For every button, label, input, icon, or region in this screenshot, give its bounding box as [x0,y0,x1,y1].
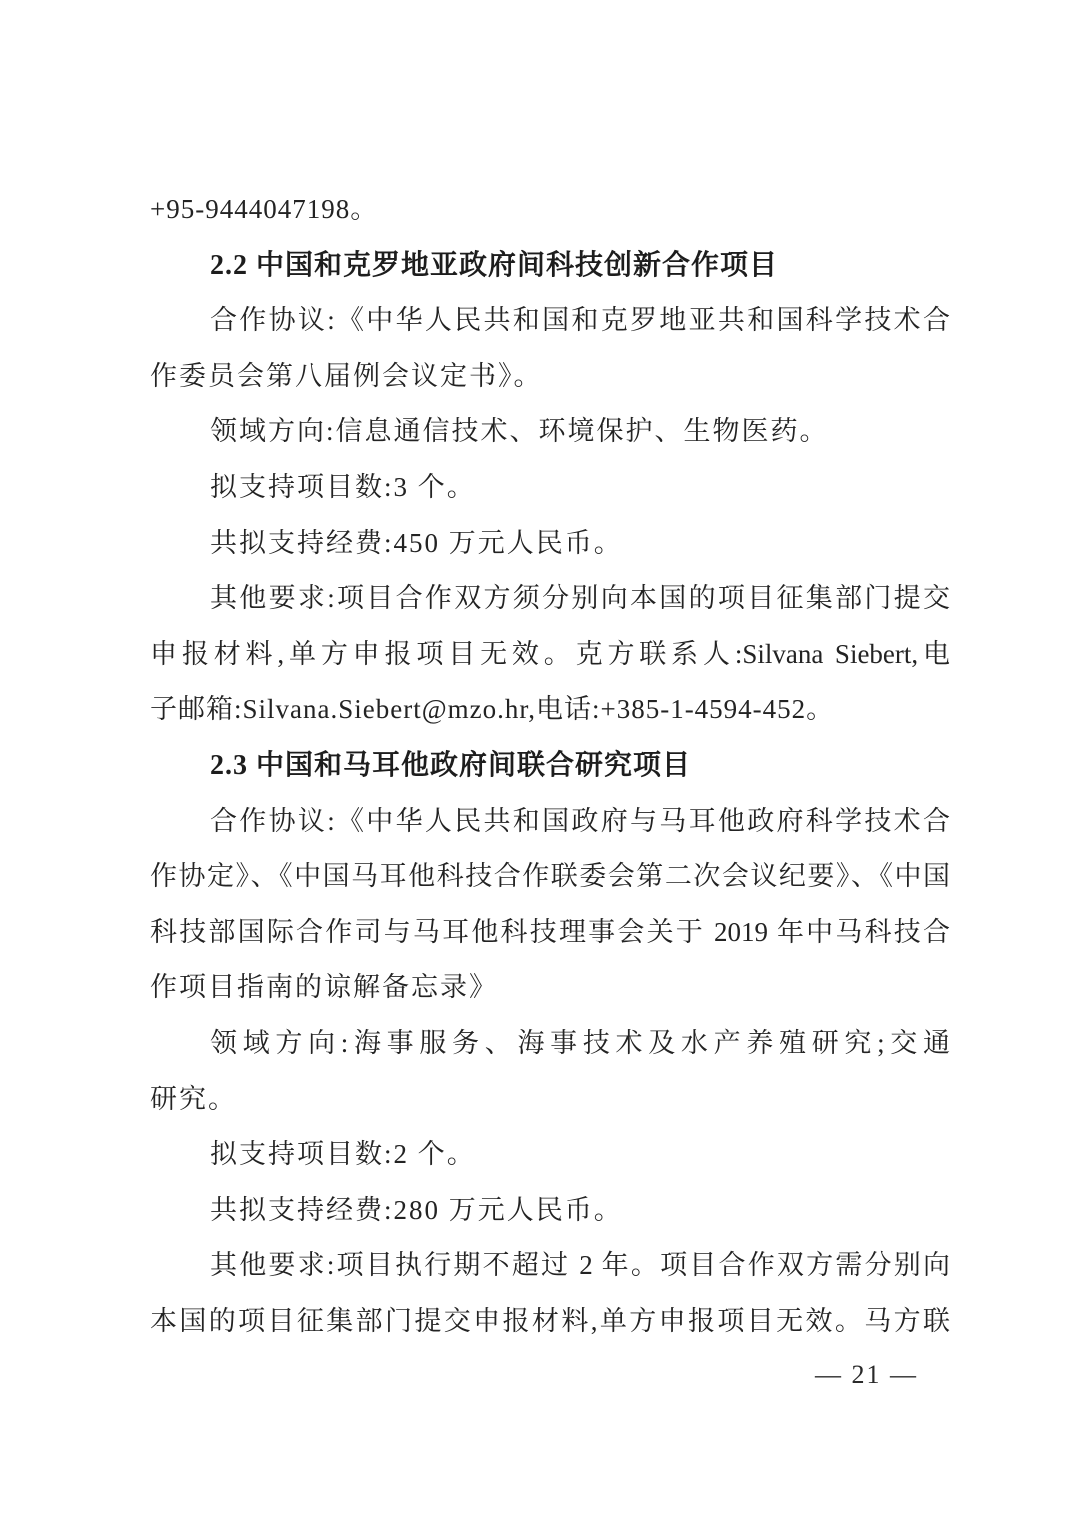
paragraph-line: 本国的项目征集部门提交申报材料,单方申报项目无效。马方联 [150,1294,950,1350]
paragraph-line-field-direction: 领域方向:海事服务、海事技术及水产养殖研究;交通 [150,1016,950,1072]
paragraph-line: 合作协议:《中华人民共和国政府与马耳他政府科学技术合 [150,794,950,850]
paragraph-line-other-requirements: 其他要求:项目执行期不超过 2 年。项目合作双方需分别向 [150,1238,950,1294]
document-page: +95-9444047198。 2.2 中国和克罗地亚政府间科技创新合作项目 合… [0,0,1080,1527]
paragraph-line: 作协定》、《中国马耳他科技合作联委会第二次会议纪要》、《中国 [150,849,950,905]
page-number: — 21 — [815,1358,918,1392]
paragraph-line: 研究。 [150,1072,950,1128]
paragraph-line-phone-continuation: +95-9444047198。 [150,182,950,238]
paragraph-line: 作项目指南的谅解备忘录》 [150,960,950,1016]
section-heading-2-2: 2.2 中国和克罗地亚政府间科技创新合作项目 [150,238,950,294]
paragraph-line-field-direction: 领域方向:信息通信技术、环境保护、生物医药。 [150,404,950,460]
paragraph-line-project-count: 拟支持项目数:2 个。 [150,1127,950,1183]
document-text-block: +95-9444047198。 2.2 中国和克罗地亚政府间科技创新合作项目 合… [150,182,950,1349]
paragraph-line-funding: 共拟支持经费:280 万元人民币。 [150,1183,950,1239]
section-heading-2-3: 2.3 中国和马耳他政府间联合研究项目 [150,738,950,794]
paragraph-line-contact: 申报材料,单方申报项目无效。克方联系人:Silvana Siebert,电 [150,627,950,683]
paragraph-line-funding: 共拟支持经费:450 万元人民币。 [150,516,950,572]
paragraph-line: 科技部国际合作司与马耳他科技理事会关于 2019 年中马科技合 [150,905,950,961]
paragraph-line: 作委员会第八届例会议定书》。 [150,349,950,405]
paragraph-line: 合作协议:《中华人民共和国和克罗地亚共和国科学技术合 [150,293,950,349]
paragraph-line-other-requirements: 其他要求:项目合作双方须分别向本国的项目征集部门提交 [150,571,950,627]
paragraph-line-project-count: 拟支持项目数:3 个。 [150,460,950,516]
paragraph-line-email-phone: 子邮箱:Silvana.Siebert@mzo.hr,电话:+385-1-459… [150,682,950,738]
